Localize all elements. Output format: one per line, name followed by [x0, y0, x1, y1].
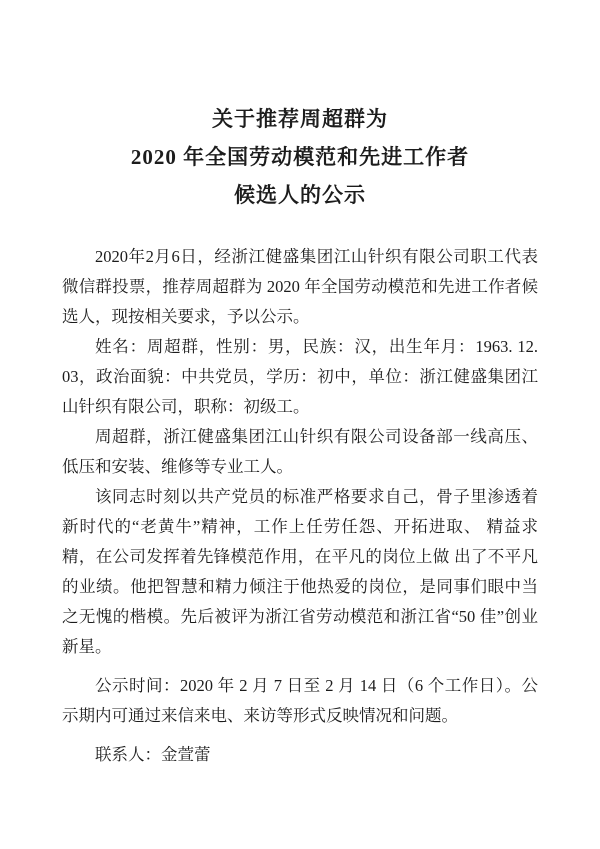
notice-document-page: 关于推荐周超群为 2020 年全国劳动模范和先进工作者 候选人的公示 2020年…	[0, 0, 600, 849]
paragraph-job-description: 周超群，浙江健盛集团江山针织有限公司设备部一线高压、低压和安装、维修等专业工人。	[62, 422, 538, 482]
document-title-line-2: 2020 年全国劳动模范和先进工作者	[62, 138, 538, 176]
paragraph-personal-info: 姓名：周超群，性别：男，民族：汉，出生年月：1963. 12. 03，政治面貌：…	[62, 332, 538, 422]
document-title-line-3: 候选人的公示	[62, 176, 538, 214]
document-title-line-1: 关于推荐周超群为	[62, 100, 538, 138]
paragraph-publicity-period: 公示时间：2020 年 2 月 7 日至 2 月 14 日（6 个工作日）。公示…	[62, 671, 538, 731]
document-body: 2020年2月6日，经浙江健盛集团江山针织有限公司职工代表微信群投票，推荐周超群…	[62, 242, 538, 770]
document-title: 关于推荐周超群为 2020 年全国劳动模范和先进工作者 候选人的公示	[62, 100, 538, 214]
paragraph-contact-person: 联系人：金萱蕾	[62, 740, 538, 770]
paragraph-commendation: 该同志时刻以共产党员的标准严格要求自己，骨子里渗透着新时代的“老黄牛”精神，工作…	[62, 482, 538, 662]
paragraph-voting-intro: 2020年2月6日，经浙江健盛集团江山针织有限公司职工代表微信群投票，推荐周超群…	[62, 242, 538, 332]
